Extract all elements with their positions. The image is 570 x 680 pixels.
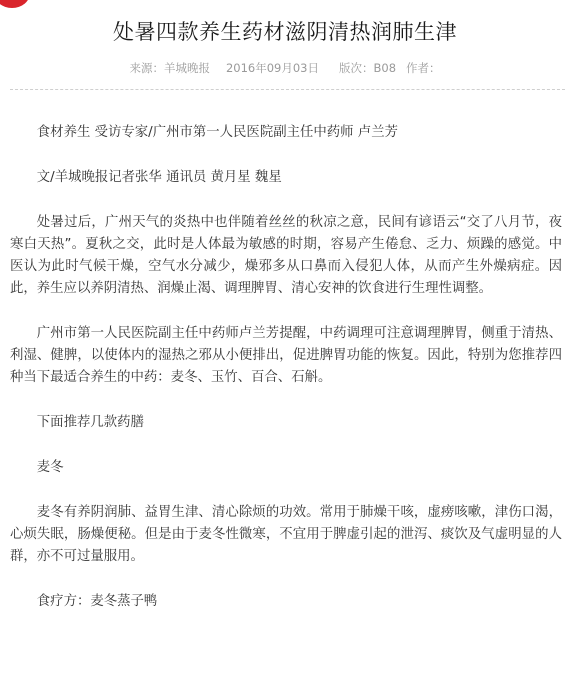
byline: 文/羊城晚报记者张华 通讯员 黄月星 魏星 <box>10 167 562 189</box>
corner-logo-badge <box>0 0 30 8</box>
section-heading-recipes: 下面推荐几款药膳 <box>10 412 562 434</box>
paragraph-season-intro: 处暑过后，广州天气的炎热中也伴随着丝丝的秋凉之意，民间有谚语云“交了八月节，夜寒… <box>10 212 562 300</box>
article-meta: 来源：羊城晚报2016年09月03日版次：B08作者： <box>0 59 570 77</box>
paragraph-expert-advice: 广州市第一人民医院副主任中药师卢兰芳提醒，中药调理可注意调理脾胃，侧重于清热、利… <box>10 323 562 389</box>
meta-source: 来源：羊城晚报 <box>129 59 210 77</box>
article-title: 处暑四款养生药材滋阴清热润肺生津 <box>0 16 570 48</box>
recipe-line-maidong: 食疗方：麦冬蒸子鸭 <box>10 591 562 613</box>
article-body: 食材养生 受访专家/广州市第一人民医院副主任中药师 卢兰芳 文/羊城晚报记者张华… <box>10 122 562 636</box>
paragraph-maidong-desc: 麦冬有养阴润肺、益胃生津、清心除烦的功效。常用于肺燥干咳，虚痨咳嗽，津伤口渴，心… <box>10 502 562 568</box>
dashed-divider <box>10 89 565 90</box>
herb-heading-maidong: 麦冬 <box>10 457 562 479</box>
intro-expert-line: 食材养生 受访专家/广州市第一人民医院副主任中药师 卢兰芳 <box>10 122 562 144</box>
meta-date: 2016年09月03日 <box>226 59 319 77</box>
meta-edition: 版次：B08 <box>339 59 396 77</box>
meta-author: 作者： <box>406 59 441 77</box>
